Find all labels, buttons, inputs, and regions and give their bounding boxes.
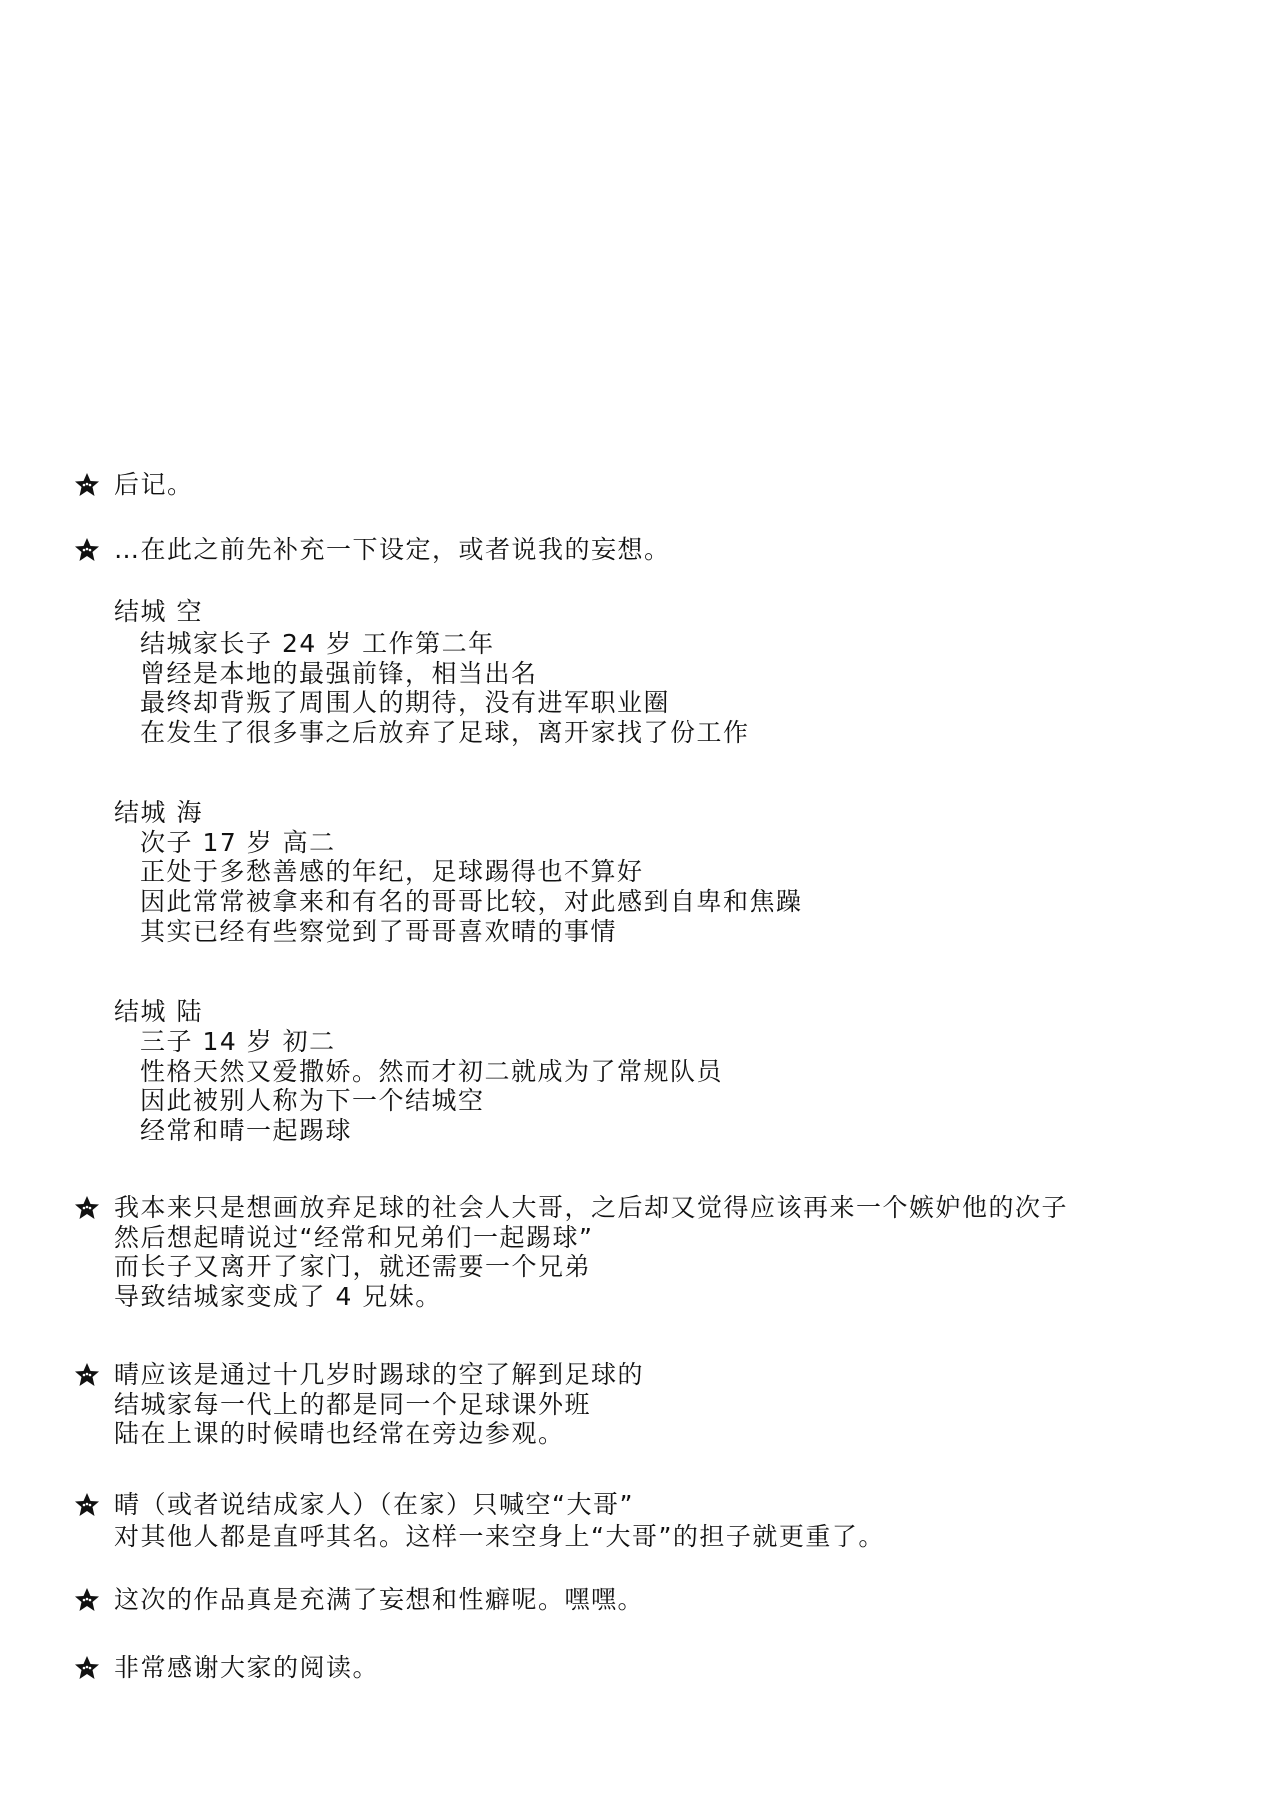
star-icon [74, 1655, 100, 1681]
note-line: 这次的作品真是充满了妄想和性癖呢。嘿嘿。 [114, 1585, 644, 1615]
character-detail: 结城家长子 24 岁 工作第二年 [140, 629, 495, 659]
note-line: 然后想起晴说过“经常和兄弟们一起踢球” [114, 1223, 593, 1253]
star-icon [74, 537, 100, 563]
star-icon [74, 1362, 100, 1388]
note-line: 晴应该是通过十几岁时踢球的空了解到足球的 [114, 1360, 644, 1390]
star-icon [74, 1587, 100, 1613]
character-name: 结城 陆 [114, 997, 203, 1027]
star-icon [74, 1195, 100, 1221]
note-line: 导致结城家变成了 4 兄妹。 [114, 1282, 442, 1312]
afterword-title: 后记。 [114, 470, 194, 500]
character-detail: 三子 14 岁 初二 [140, 1027, 336, 1057]
character-detail: 其实已经有些察觉到了哥哥喜欢晴的事情 [140, 917, 617, 947]
character-detail: 次子 17 岁 高二 [140, 828, 336, 858]
note-line: 我本来只是想画放弃足球的社会人大哥，之后却又觉得应该再来一个嫉妒他的次子 [114, 1193, 1068, 1223]
note-line: 陆在上课的时候晴也经常在旁边参观。 [114, 1419, 565, 1449]
character-detail: 因此常常被拿来和有名的哥哥比较，对此感到自卑和焦躁 [140, 887, 803, 917]
character-detail: 性格天然又爱撒娇。然而才初二就成为了常规队员 [140, 1057, 723, 1087]
star-icon [74, 1492, 100, 1518]
intro-text: …在此之前先补充一下设定，或者说我的妄想。 [114, 535, 671, 565]
character-detail: 在发生了很多事之后放弃了足球，离开家找了份工作 [140, 718, 750, 748]
note-line: 非常感谢大家的阅读。 [114, 1653, 379, 1683]
character-detail: 因此被别人称为下一个结城空 [140, 1086, 485, 1116]
note-line: 结城家每一代上的都是同一个足球课外班 [114, 1390, 591, 1420]
character-detail: 经常和晴一起踢球 [140, 1116, 352, 1146]
note-line: 而长子又离开了家门，就还需要一个兄弟 [114, 1252, 591, 1282]
character-detail: 最终却背叛了周围人的期待，没有进军职业圈 [140, 688, 670, 718]
note-line: 晴（或者说结成家人）（在家）只喊空“大哥” [114, 1490, 634, 1520]
character-name: 结城 空 [114, 597, 203, 627]
character-detail: 正处于多愁善感的年纪，足球踢得也不算好 [140, 857, 644, 887]
note-line: 对其他人都是直呼其名。这样一来空身上“大哥”的担子就更重了。 [114, 1522, 885, 1552]
character-detail: 曾经是本地的最强前锋，相当出名 [140, 659, 538, 689]
afterword-page: 后记。 …在此之前先补充一下设定，或者说我的妄想。 结城 空 结城家长子 24 … [0, 0, 1280, 1807]
character-name: 结城 海 [114, 798, 203, 828]
star-icon [74, 472, 100, 498]
